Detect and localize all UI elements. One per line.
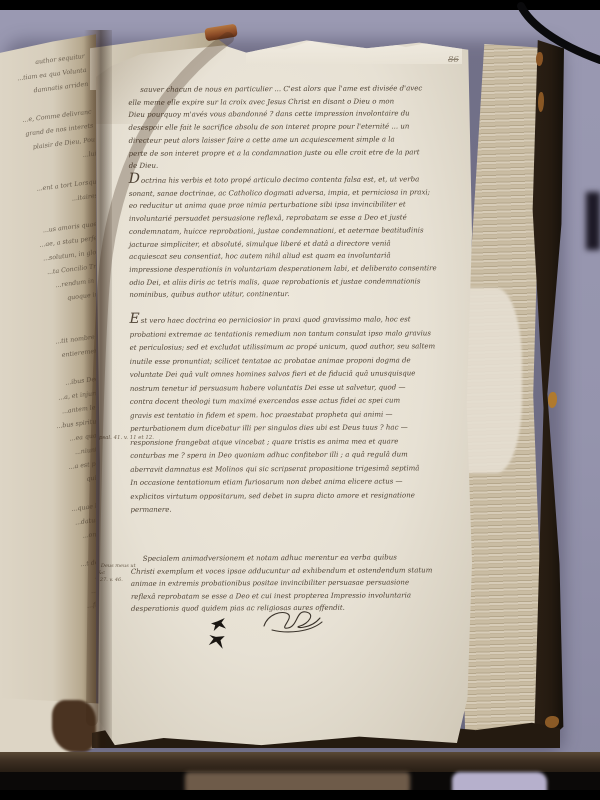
photo-overlay [0,0,600,800]
cable [521,6,600,60]
manuscript-photo-scene: author sequitur...tiam ea qua Voluntadam… [0,0,600,800]
gutter-curve-shadow [92,38,228,720]
